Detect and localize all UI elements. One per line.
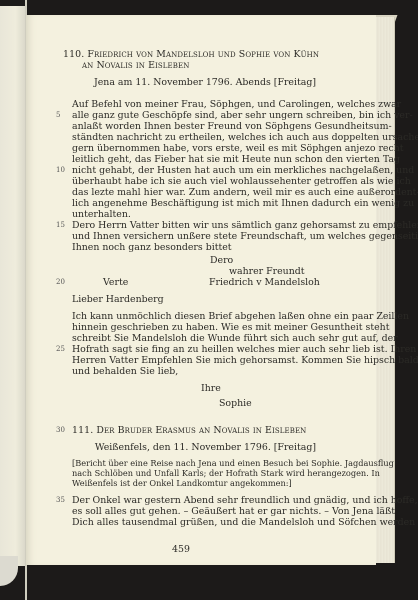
page-number: 459	[6, 544, 356, 555]
text-line: Herren Vatter Empfehlen Sie mich gehorsa…	[72, 355, 316, 366]
letter-111-heading: 111. Der Bruder Erasmus an Novalis in Ei…	[72, 425, 316, 436]
signature-mandelsloh: Friedrich v Mandelsloh	[209, 277, 320, 288]
text-line: überhaubt habe ich sie auch viel wohlaus…	[72, 176, 316, 187]
line-number: 30	[56, 425, 65, 436]
closing-dero: Dero	[210, 255, 233, 266]
letter-110-heading-cont: an Novalis in Eisleben	[82, 60, 326, 71]
line-number: 15	[56, 220, 65, 231]
line-number: 35	[56, 495, 65, 506]
letter-110-heading: 110. Friedrich von Mandelsloh und Sophie…	[63, 49, 307, 60]
salutation: Lieber Hardenberg	[72, 294, 316, 305]
text-line: nicht gehabt, der Husten hat auch um ein…	[72, 165, 316, 176]
summary-line: Weißenfels ist der Onkel Landkomtur ange…	[72, 478, 316, 489]
line-number: 25	[56, 344, 65, 355]
text-line: anlaßt worden Ihnen bester Freund von Sö…	[72, 121, 316, 132]
text-line: schreibt Sie Mandelsloh die Wunde führt …	[72, 333, 316, 344]
text-line: hinnein geschrieben zu haben. Wie es mit…	[72, 322, 316, 333]
text-line: leitlich geht, das Fieber hat sie mit He…	[72, 154, 316, 165]
text-line: Ich kann unmöchlich diesen Brief abgehen…	[72, 311, 316, 322]
letter-111-dateline: Weißenfels, den 11. November 1796. [Frei…	[72, 442, 316, 453]
line-number: 10	[56, 165, 65, 176]
page-content: 110. Friedrich von Mandelsloh und Sophie…	[26, 15, 376, 565]
text-line: unterhalten.	[72, 209, 316, 220]
line-number: 20	[56, 277, 65, 288]
text-line: und behalden Sie lieb,	[72, 366, 316, 377]
text-line: Dero Herrn Vatter bitten wir uns sämtlic…	[72, 220, 316, 231]
text-line: Hofrath sagt sie fing an zu heillen welc…	[72, 344, 316, 355]
facing-page-edge	[0, 6, 26, 566]
text-line: das lezte mahl hier war. Zum andern, wei…	[72, 187, 316, 198]
text-line: alle ganz gute Geschöpfe sind, aber sehr…	[72, 110, 316, 121]
text-line: Ihnen noch ganz besonders bittet	[72, 242, 316, 253]
text-line: Dich alles tausendmal grüßen, und die Ma…	[72, 517, 316, 528]
signature-sophie: Sophie	[219, 398, 252, 409]
text-line: und Ihnen versichern unßere stete Freund…	[72, 231, 316, 242]
line-number: 5	[56, 110, 60, 121]
text-line: gern übernommen habe, vors erste, weil e…	[72, 143, 316, 154]
text-line: ständten nachricht zu ertheilen, welches…	[72, 132, 316, 143]
book-page: 110. Friedrich von Mandelsloh und Sophie…	[26, 15, 376, 565]
text-line: es soll alles gut gehen. – Geäußert hat …	[72, 506, 316, 517]
verte: Verte	[103, 277, 128, 288]
text-line: Auf Befehl von meiner Frau, Söphgen, und…	[72, 99, 316, 110]
text-line: Der Onkel war gestern Abend sehr freundl…	[72, 495, 316, 506]
closing-wahrer-freundt: wahrer Freundt	[229, 266, 305, 277]
text-line: lich angenehme Beschäftigung ist mich mi…	[72, 198, 316, 209]
closing-ihre: Ihre	[201, 383, 221, 394]
letter-110-dateline: Jena am 11. November 1796. Abends [Freit…	[72, 77, 316, 88]
